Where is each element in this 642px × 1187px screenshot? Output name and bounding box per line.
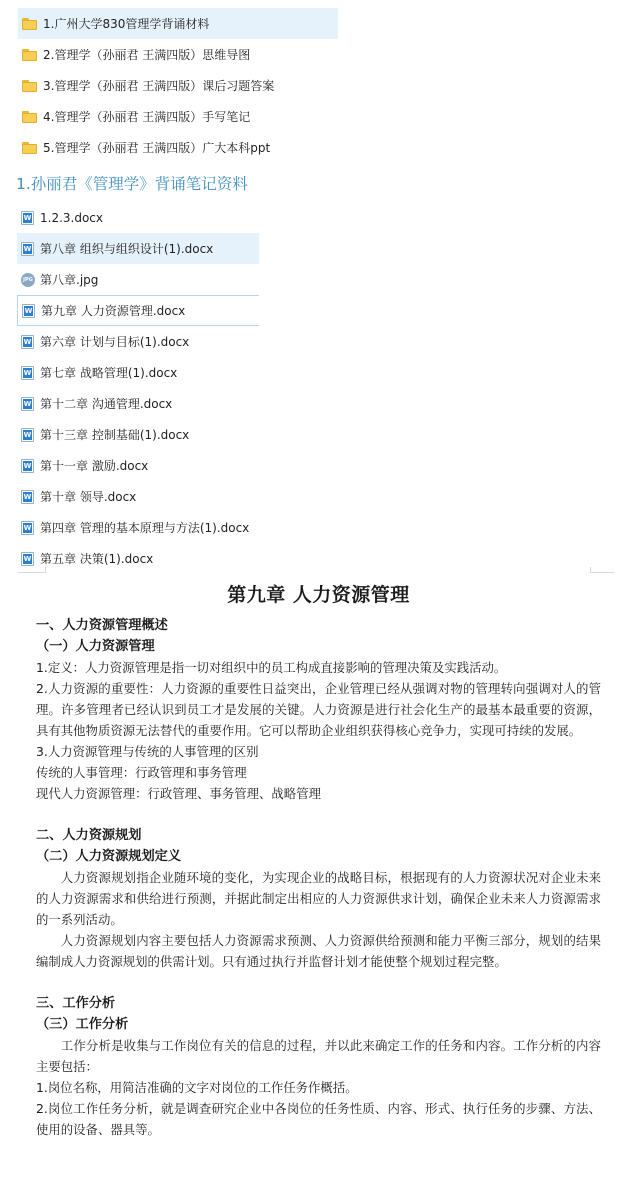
file-item[interactable]: 第十三章 控制基础(1).docx [17, 419, 259, 450]
paragraph: 人力资源规划内容主要包括人力资源需求预测、人力资源供给预测和能力平衡三部分，规划… [36, 930, 601, 972]
word-doc-icon [21, 490, 34, 504]
word-doc-icon [21, 428, 34, 442]
file-label: 1.2.3.docx [40, 211, 103, 225]
word-doc-icon [21, 242, 34, 256]
file-item[interactable]: 第十一章 激励.docx [17, 450, 259, 481]
file-label: 第十三章 控制基础(1).docx [40, 426, 189, 443]
document-page: 第九章 人力资源管理 一、人力资源管理概述 （一）人力资源管理 1.定义：人力资… [36, 580, 601, 1140]
folder-list: 1.广州大学830管理学背诵材料 2.管理学（孙丽君 王满四版）思维导图 3.管… [18, 8, 338, 163]
word-doc-icon [21, 552, 34, 566]
page-corner-mark-right [590, 572, 614, 573]
folder-icon [22, 80, 37, 92]
word-doc-icon [21, 335, 34, 349]
word-doc-icon [21, 397, 34, 411]
file-item[interactable]: 第四章 管理的基本原理与方法(1).docx [17, 512, 259, 543]
folder-label: 1.广州大学830管理学背诵材料 [43, 15, 209, 32]
folder-item[interactable]: 4.管理学（孙丽君 王满四版）手写笔记 [18, 101, 338, 132]
file-item[interactable]: 1.2.3.docx [17, 202, 259, 233]
page-corner-mark-left [18, 572, 46, 573]
document-title: 第九章 人力资源管理 [36, 580, 601, 607]
file-label: 第八章 组织与组织设计(1).docx [40, 240, 213, 257]
folder-item[interactable]: 1.广州大学830管理学背诵材料 [18, 8, 338, 39]
folder-icon [22, 49, 37, 61]
file-label: 第十一章 激励.docx [40, 457, 148, 474]
jpg-image-icon: JPG [21, 273, 35, 287]
file-item[interactable]: 第六章 计划与目标(1).docx [17, 326, 259, 357]
file-label: 第八章.jpg [40, 271, 98, 288]
file-label: 第十二章 沟通管理.docx [40, 395, 172, 412]
subsection-heading-3: （三）工作分析 [36, 1014, 601, 1035]
folder-icon [22, 111, 37, 123]
file-item[interactable]: 第五章 决策(1).docx [17, 543, 259, 574]
paragraph: 2.岗位工作任务分析，就是调查研究企业中各岗位的任务性质、内容、形式、执行任务的… [36, 1098, 601, 1140]
file-label: 第五章 决策(1).docx [40, 550, 153, 567]
file-item[interactable]: JPG 第八章.jpg [17, 264, 259, 295]
folder-label: 4.管理学（孙丽君 王满四版）手写笔记 [43, 108, 250, 125]
folder-icon [22, 18, 37, 30]
paragraph: 现代人力资源管理：行政管理、事务管理、战略管理 [36, 783, 601, 804]
word-doc-icon [21, 521, 34, 535]
file-item[interactable]: 第十章 领导.docx [17, 481, 259, 512]
paragraph: 1.定义：人力资源管理是指一切对组织中的员工构成直接影响的管理决策及实践活动。 [36, 657, 601, 678]
file-item[interactable]: 第十二章 沟通管理.docx [17, 388, 259, 419]
folder-item[interactable]: 2.管理学（孙丽君 王满四版）思维导图 [18, 39, 338, 70]
file-label: 第六章 计划与目标(1).docx [40, 333, 189, 350]
folder-item[interactable]: 3.管理学（孙丽君 王满四版）课后习题答案 [18, 70, 338, 101]
paragraph: 人力资源规划指企业随环境的变化，为实现企业的战略目标，根据现有的人力资源状况对企… [36, 867, 601, 930]
section-heading-3: 三、工作分析 [36, 993, 601, 1014]
paragraph: 3.人力资源管理与传统的人事管理的区别 [36, 741, 601, 762]
word-doc-icon [21, 366, 34, 380]
section-heading-1: 一、人力资源管理概述 [36, 615, 601, 636]
section-heading: 1.孙丽君《管理学》背诵笔记资料 [16, 172, 248, 194]
folder-label: 2.管理学（孙丽君 王满四版）思维导图 [43, 46, 250, 63]
file-item[interactable]: 第七章 战略管理(1).docx [17, 357, 259, 388]
paragraph: 工作分析是收集与工作岗位有关的信息的过程，并以此来确定工作的任务和内容。工作分析… [36, 1035, 601, 1077]
file-list: 1.2.3.docx 第八章 组织与组织设计(1).docx JPG 第八章.j… [17, 202, 259, 574]
paragraph: 传统的人事管理：行政管理和事务管理 [36, 762, 601, 783]
word-doc-icon [22, 304, 35, 318]
file-label: 第九章 人力资源管理.docx [41, 302, 185, 319]
folder-icon [22, 142, 37, 154]
subsection-heading-1: （一）人力资源管理 [36, 636, 601, 657]
folder-label: 3.管理学（孙丽君 王满四版）课后习题答案 [43, 77, 274, 94]
file-label: 第四章 管理的基本原理与方法(1).docx [40, 519, 249, 536]
file-item[interactable]: 第八章 组织与组织设计(1).docx [17, 233, 259, 264]
file-item[interactable]: 第九章 人力资源管理.docx [17, 295, 259, 326]
file-label: 第七章 战略管理(1).docx [40, 364, 177, 381]
file-label: 第十章 领导.docx [40, 488, 136, 505]
folder-label: 5.管理学（孙丽君 王满四版）广大本科ppt [43, 139, 270, 156]
folder-item[interactable]: 5.管理学（孙丽君 王满四版）广大本科ppt [18, 132, 338, 163]
word-doc-icon [21, 211, 34, 225]
subsection-heading-2: （二）人力资源规划定义 [36, 846, 601, 867]
section-heading-2: 二、人力资源规划 [36, 825, 601, 846]
paragraph: 2.人力资源的重要性：人力资源的重要性日益突出，企业管理已经从强调对物的管理转向… [36, 678, 601, 741]
word-doc-icon [21, 459, 34, 473]
paragraph: 1.岗位名称，用简洁准确的文字对岗位的工作任务作概括。 [36, 1077, 601, 1098]
